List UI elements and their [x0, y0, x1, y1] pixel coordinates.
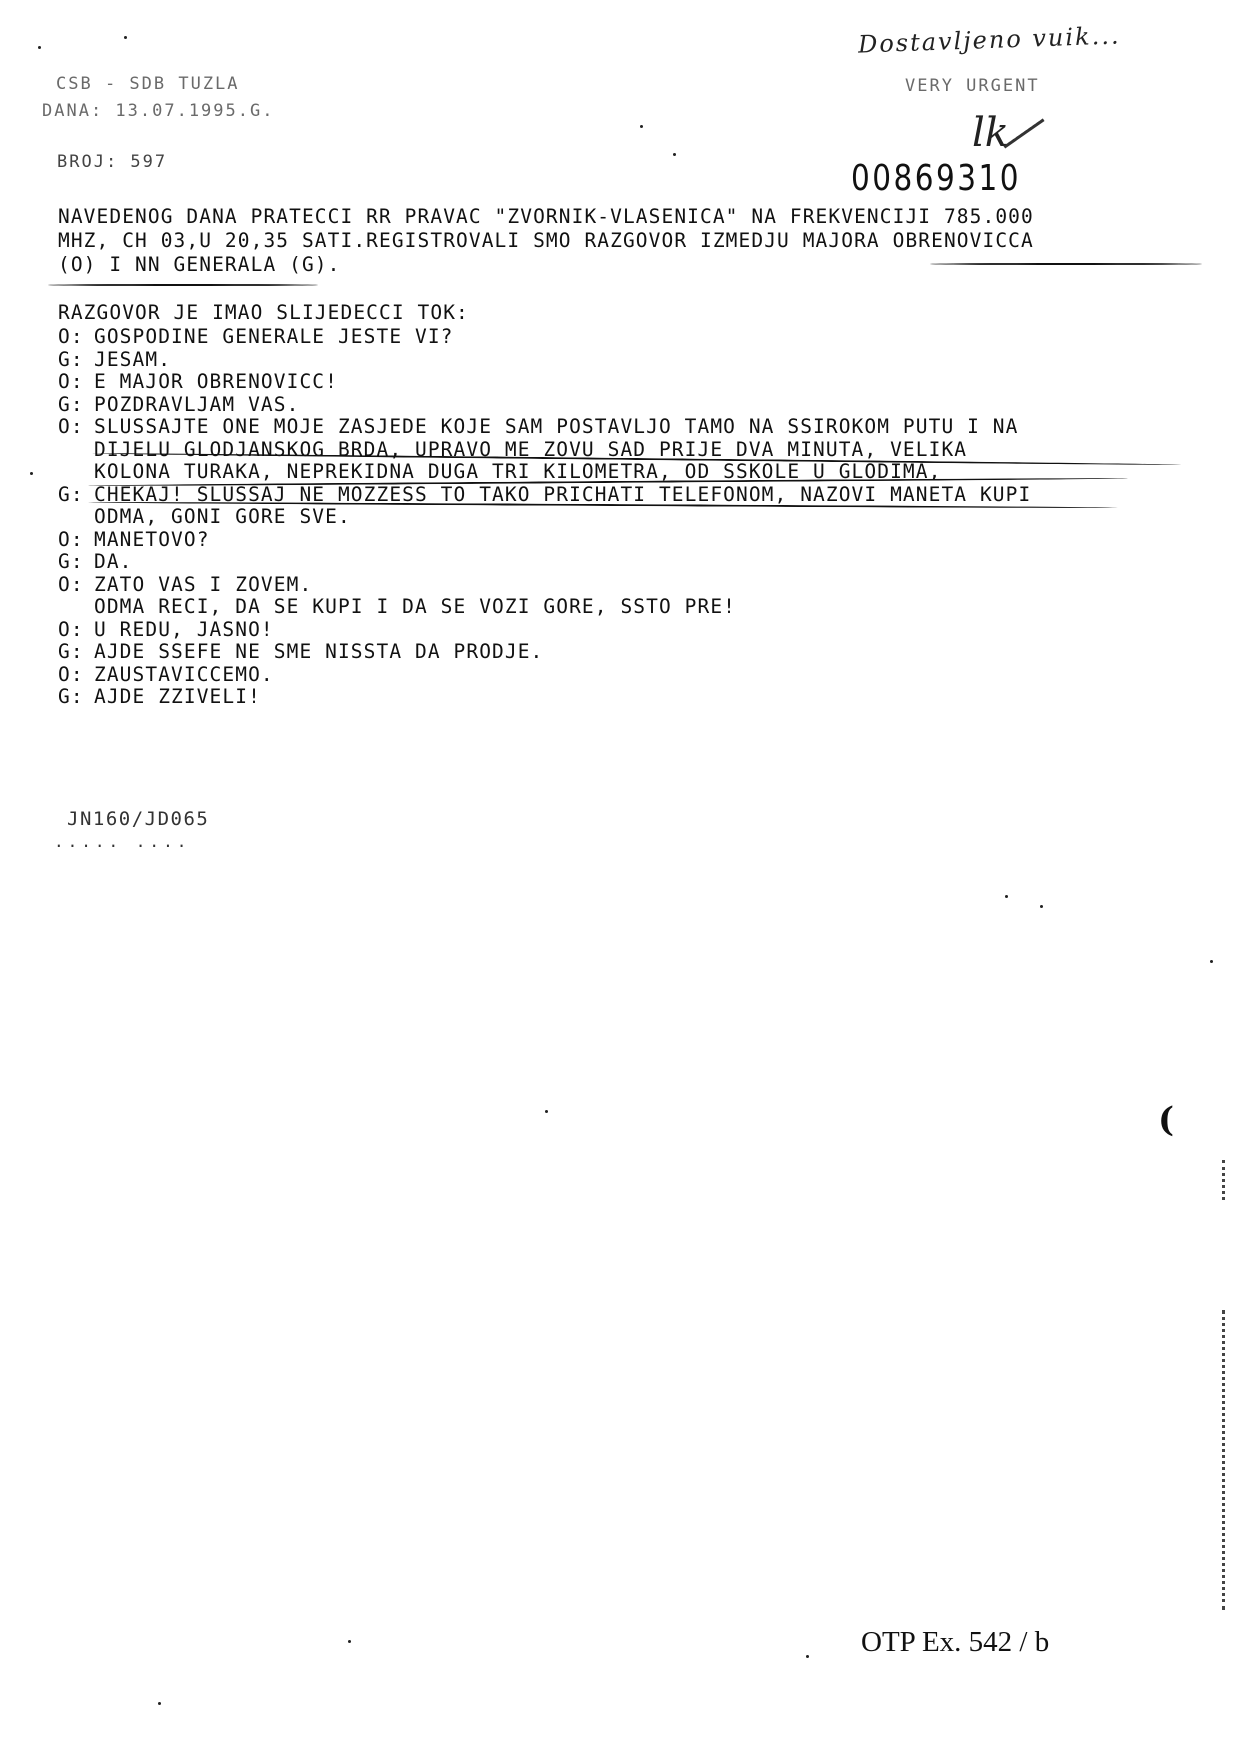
utterance: DA. — [94, 551, 133, 574]
speaker-label: G: — [58, 551, 94, 574]
utterance: POZDRAVLJAM VAS. — [94, 394, 299, 417]
handwritten-underline — [930, 263, 1202, 265]
scan-speck — [38, 46, 41, 49]
handwritten-underline — [48, 284, 318, 286]
transcript-line: ODMA, GONI GORE SVE. — [58, 506, 1031, 529]
scan-speck — [673, 153, 676, 156]
utterance: ZAUSTAVICCEMO. — [94, 664, 274, 687]
speaker-label: O: — [58, 529, 94, 552]
speaker-label: O: — [58, 326, 94, 349]
transcript-line: O:E MAJOR OBRENOVICC! — [58, 371, 1031, 394]
utterance: JESAM. — [94, 349, 171, 372]
utterance: AJDE SSEFE NE SME NISSTA DA PRODJE. — [94, 641, 543, 664]
scanned-document-page: Dostavljeno vuik... VERY URGENT lk 00869… — [0, 0, 1236, 1752]
transcript-line: O:ZAUSTAVICCEMO. — [58, 664, 1031, 687]
speaker-label — [58, 506, 94, 529]
speaker-label: G: — [58, 484, 94, 507]
header-number-line: BROJ: 597 — [57, 152, 167, 172]
exhibit-label: OTP Ex. 542 / b — [861, 1626, 1049, 1659]
transcript-line: ODMA RECI, DA SE KUPI I DA SE VOZI GORE,… — [58, 596, 1031, 619]
utterance: ODMA, GONI GORE SVE. — [94, 506, 351, 529]
transcript-line: O:U REDU, JASNO! — [58, 619, 1031, 642]
initials-stroke — [1003, 119, 1044, 149]
scan-speck — [348, 1640, 351, 1643]
scan-speck — [158, 1702, 161, 1705]
header-date-line: DANA: 13.07.1995.G. — [42, 101, 274, 121]
scan-edge-dots — [1222, 1160, 1228, 1200]
speaker-label: O: — [58, 416, 94, 439]
transcript-line: O:ZATO VAS I ZOVEM. — [58, 574, 1031, 597]
speaker-label: G: — [58, 349, 94, 372]
footer-dots: ..... .... — [54, 832, 190, 851]
speaker-label: O: — [58, 371, 94, 394]
utterance: U REDU, JASNO! — [94, 619, 274, 642]
document-number-stamp: 00869310 — [851, 158, 1021, 199]
speaker-label: G: — [58, 641, 94, 664]
utterance: E MAJOR OBRENOVICC! — [94, 371, 338, 394]
scan-speck — [1210, 960, 1213, 963]
utterance: MANETOVO? — [94, 529, 210, 552]
transcript-line: O:MANETOVO? — [58, 529, 1031, 552]
utterance: ZATO VAS I ZOVEM. — [94, 574, 312, 597]
transcript-line: O:SLUSSAJTE ONE MOJE ZASJEDE KOJE SAM PO… — [58, 416, 1031, 439]
margin-mark: ( — [1158, 1100, 1174, 1140]
scan-speck — [124, 36, 127, 39]
transcript-line: O:GOSPODINE GENERALE JESTE VI? — [58, 326, 1031, 349]
handwritten-initials: lk — [972, 110, 1009, 156]
speaker-label — [58, 461, 94, 484]
intro-line-3: (O) I NN GENERALA (G). — [58, 254, 340, 276]
transcript-line: G:POZDRAVLJAM VAS. — [58, 394, 1031, 417]
speaker-label: O: — [58, 619, 94, 642]
transcript-heading: RAZGOVOR JE IMAO SLIJEDECCI TOK: — [58, 302, 469, 324]
scan-speck — [1040, 905, 1043, 908]
scan-speck — [545, 1110, 548, 1113]
speaker-label — [58, 439, 94, 462]
scan-speck — [30, 472, 33, 475]
transcript-line: G:AJDE SSEFE NE SME NISSTA DA PRODJE. — [58, 641, 1031, 664]
handwritten-note: Dostavljeno vuik... — [858, 21, 1121, 58]
utterance: ODMA RECI, DA SE KUPI I DA SE VOZI GORE,… — [94, 596, 736, 619]
speaker-label: G: — [58, 686, 94, 709]
header-unit-line: CSB - SDB TUZLA — [56, 74, 240, 94]
transcript-line: G:JESAM. — [58, 349, 1031, 372]
scan-speck — [640, 125, 643, 128]
scan-edge-dots — [1222, 1310, 1228, 1610]
speaker-label: G: — [58, 394, 94, 417]
transcript-list: O:GOSPODINE GENERALE JESTE VI? G:JESAM. … — [58, 326, 1031, 709]
transcript-line: G:DA. — [58, 551, 1031, 574]
utterance: GOSPODINE GENERALE JESTE VI? — [94, 326, 454, 349]
intro-line-1: NAVEDENOG DANA PRATECCI RR PRAVAC "ZVORN… — [58, 206, 1034, 228]
speaker-label: O: — [58, 664, 94, 687]
utterance: SLUSSAJTE ONE MOJE ZASJEDE KOJE SAM POST… — [94, 416, 1018, 439]
intro-line-2: MHZ, CH 03,U 20,35 SATI.REGISTROVALI SMO… — [58, 230, 1034, 252]
footer-reference-code: JN160/JD065 — [67, 808, 209, 830]
utterance: AJDE ZZIVELI! — [94, 686, 261, 709]
transcript-line: G:AJDE ZZIVELI! — [58, 686, 1031, 709]
speaker-label — [58, 596, 94, 619]
priority-label: VERY URGENT — [905, 76, 1040, 96]
scan-speck — [806, 1655, 809, 1658]
scan-speck — [1005, 895, 1008, 898]
speaker-label: O: — [58, 574, 94, 597]
